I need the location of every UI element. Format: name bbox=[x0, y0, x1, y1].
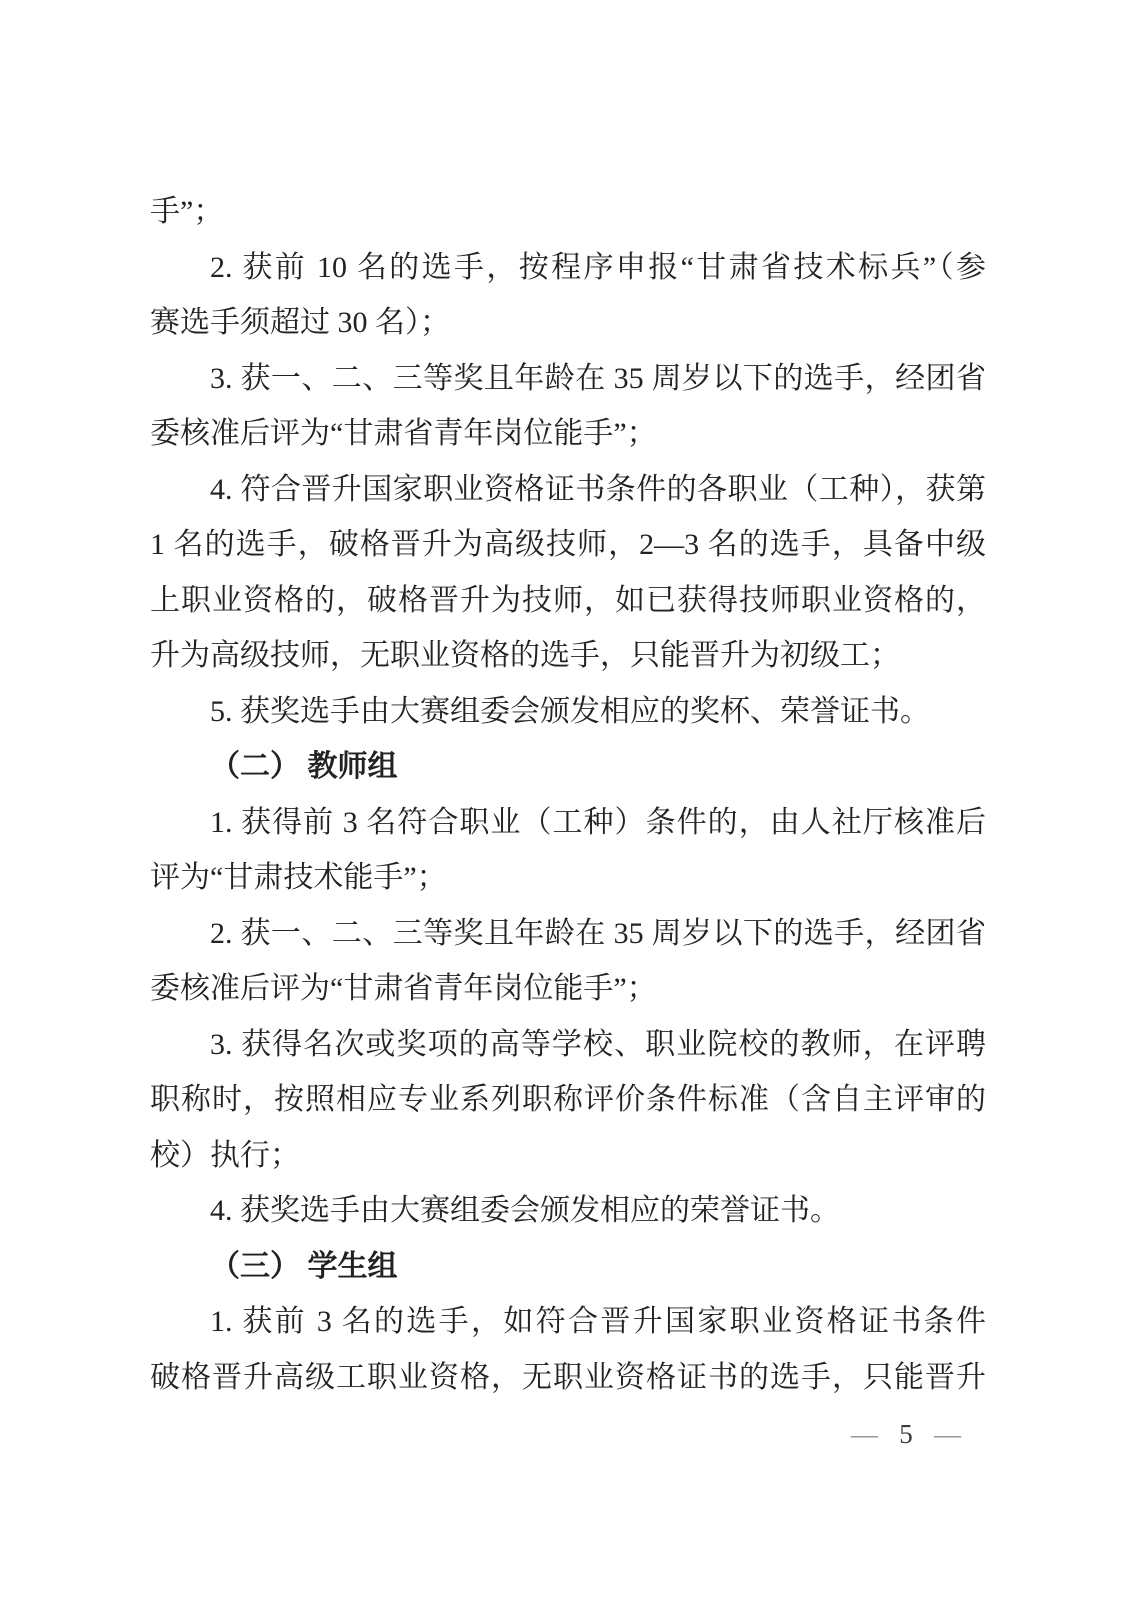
text-line: 赛选手须超过 30 名）； bbox=[150, 295, 986, 351]
page-number: — 5 — bbox=[851, 1417, 961, 1451]
text-line: 2. 获前 10 名的选手，按程序申报“甘肃省技术标兵”（参 bbox=[150, 240, 986, 296]
text-line: 1. 获得前 3 名符合职业（工种）条件的，由人社厅核准后 bbox=[150, 795, 986, 851]
text-line: 破格晋升高级工职业资格，无职业资格证书的选手，只能晋升为 bbox=[150, 1350, 986, 1406]
text-line: 职称时，按照相应专业系列职称评价条件标准（含自主评审的院 bbox=[150, 1072, 986, 1128]
document-page: 手”； 2. 获前 10 名的选手，按程序申报“甘肃省技术标兵”（参 赛选手须超… bbox=[0, 0, 1131, 1600]
text-line: 3. 获得名次或奖项的高等学校、职业院校的教师，在评聘 bbox=[150, 1017, 986, 1073]
page-number-dash-right: — bbox=[934, 1419, 961, 1450]
text-line: 5. 获奖选手由大赛组委会颁发相应的奖杯、荣誉证书。 bbox=[150, 684, 986, 740]
text-line: 2. 获一、二、三等奖且年龄在 35 周岁以下的选手，经团省 bbox=[150, 906, 986, 962]
page-number-dash-left: — bbox=[851, 1419, 878, 1450]
text-line: 校）执行； bbox=[150, 1128, 986, 1184]
text-line: 4. 符合晋升国家职业资格证书条件的各职业（工种），获第 bbox=[150, 462, 986, 518]
section-heading-teacher-group: （二） 教师组 bbox=[150, 739, 986, 795]
text-line: 3. 获一、二、三等奖且年龄在 35 周岁以下的选手，经团省 bbox=[150, 351, 986, 407]
text-line: 上职业资格的，破格晋升为技师，如已获得技师职业资格的，晋 bbox=[150, 573, 986, 629]
text-line: 1 名的选手，破格晋升为高级技师，2—3 名的选手，具备中级以 bbox=[150, 517, 986, 573]
text-line: 1. 获前 3 名的选手，如符合晋升国家职业资格证书条件的， bbox=[150, 1294, 986, 1350]
text-line: 委核准后评为“甘肃省青年岗位能手”； bbox=[150, 406, 986, 462]
text-line: 升为高级技师，无职业资格的选手，只能晋升为初级工； bbox=[150, 628, 986, 684]
text-line: 手”； bbox=[150, 184, 986, 240]
text-line: 委核准后评为“甘肃省青年岗位能手”； bbox=[150, 961, 986, 1017]
section-heading-student-group: （三） 学生组 bbox=[150, 1239, 986, 1295]
text-line: 4. 获奖选手由大赛组委会颁发相应的荣誉证书。 bbox=[150, 1183, 986, 1239]
document-body: 手”； 2. 获前 10 名的选手，按程序申报“甘肃省技术标兵”（参 赛选手须超… bbox=[150, 184, 986, 1405]
text-line: 评为“甘肃技术能手”； bbox=[150, 850, 986, 906]
page-number-value: 5 bbox=[899, 1419, 913, 1450]
